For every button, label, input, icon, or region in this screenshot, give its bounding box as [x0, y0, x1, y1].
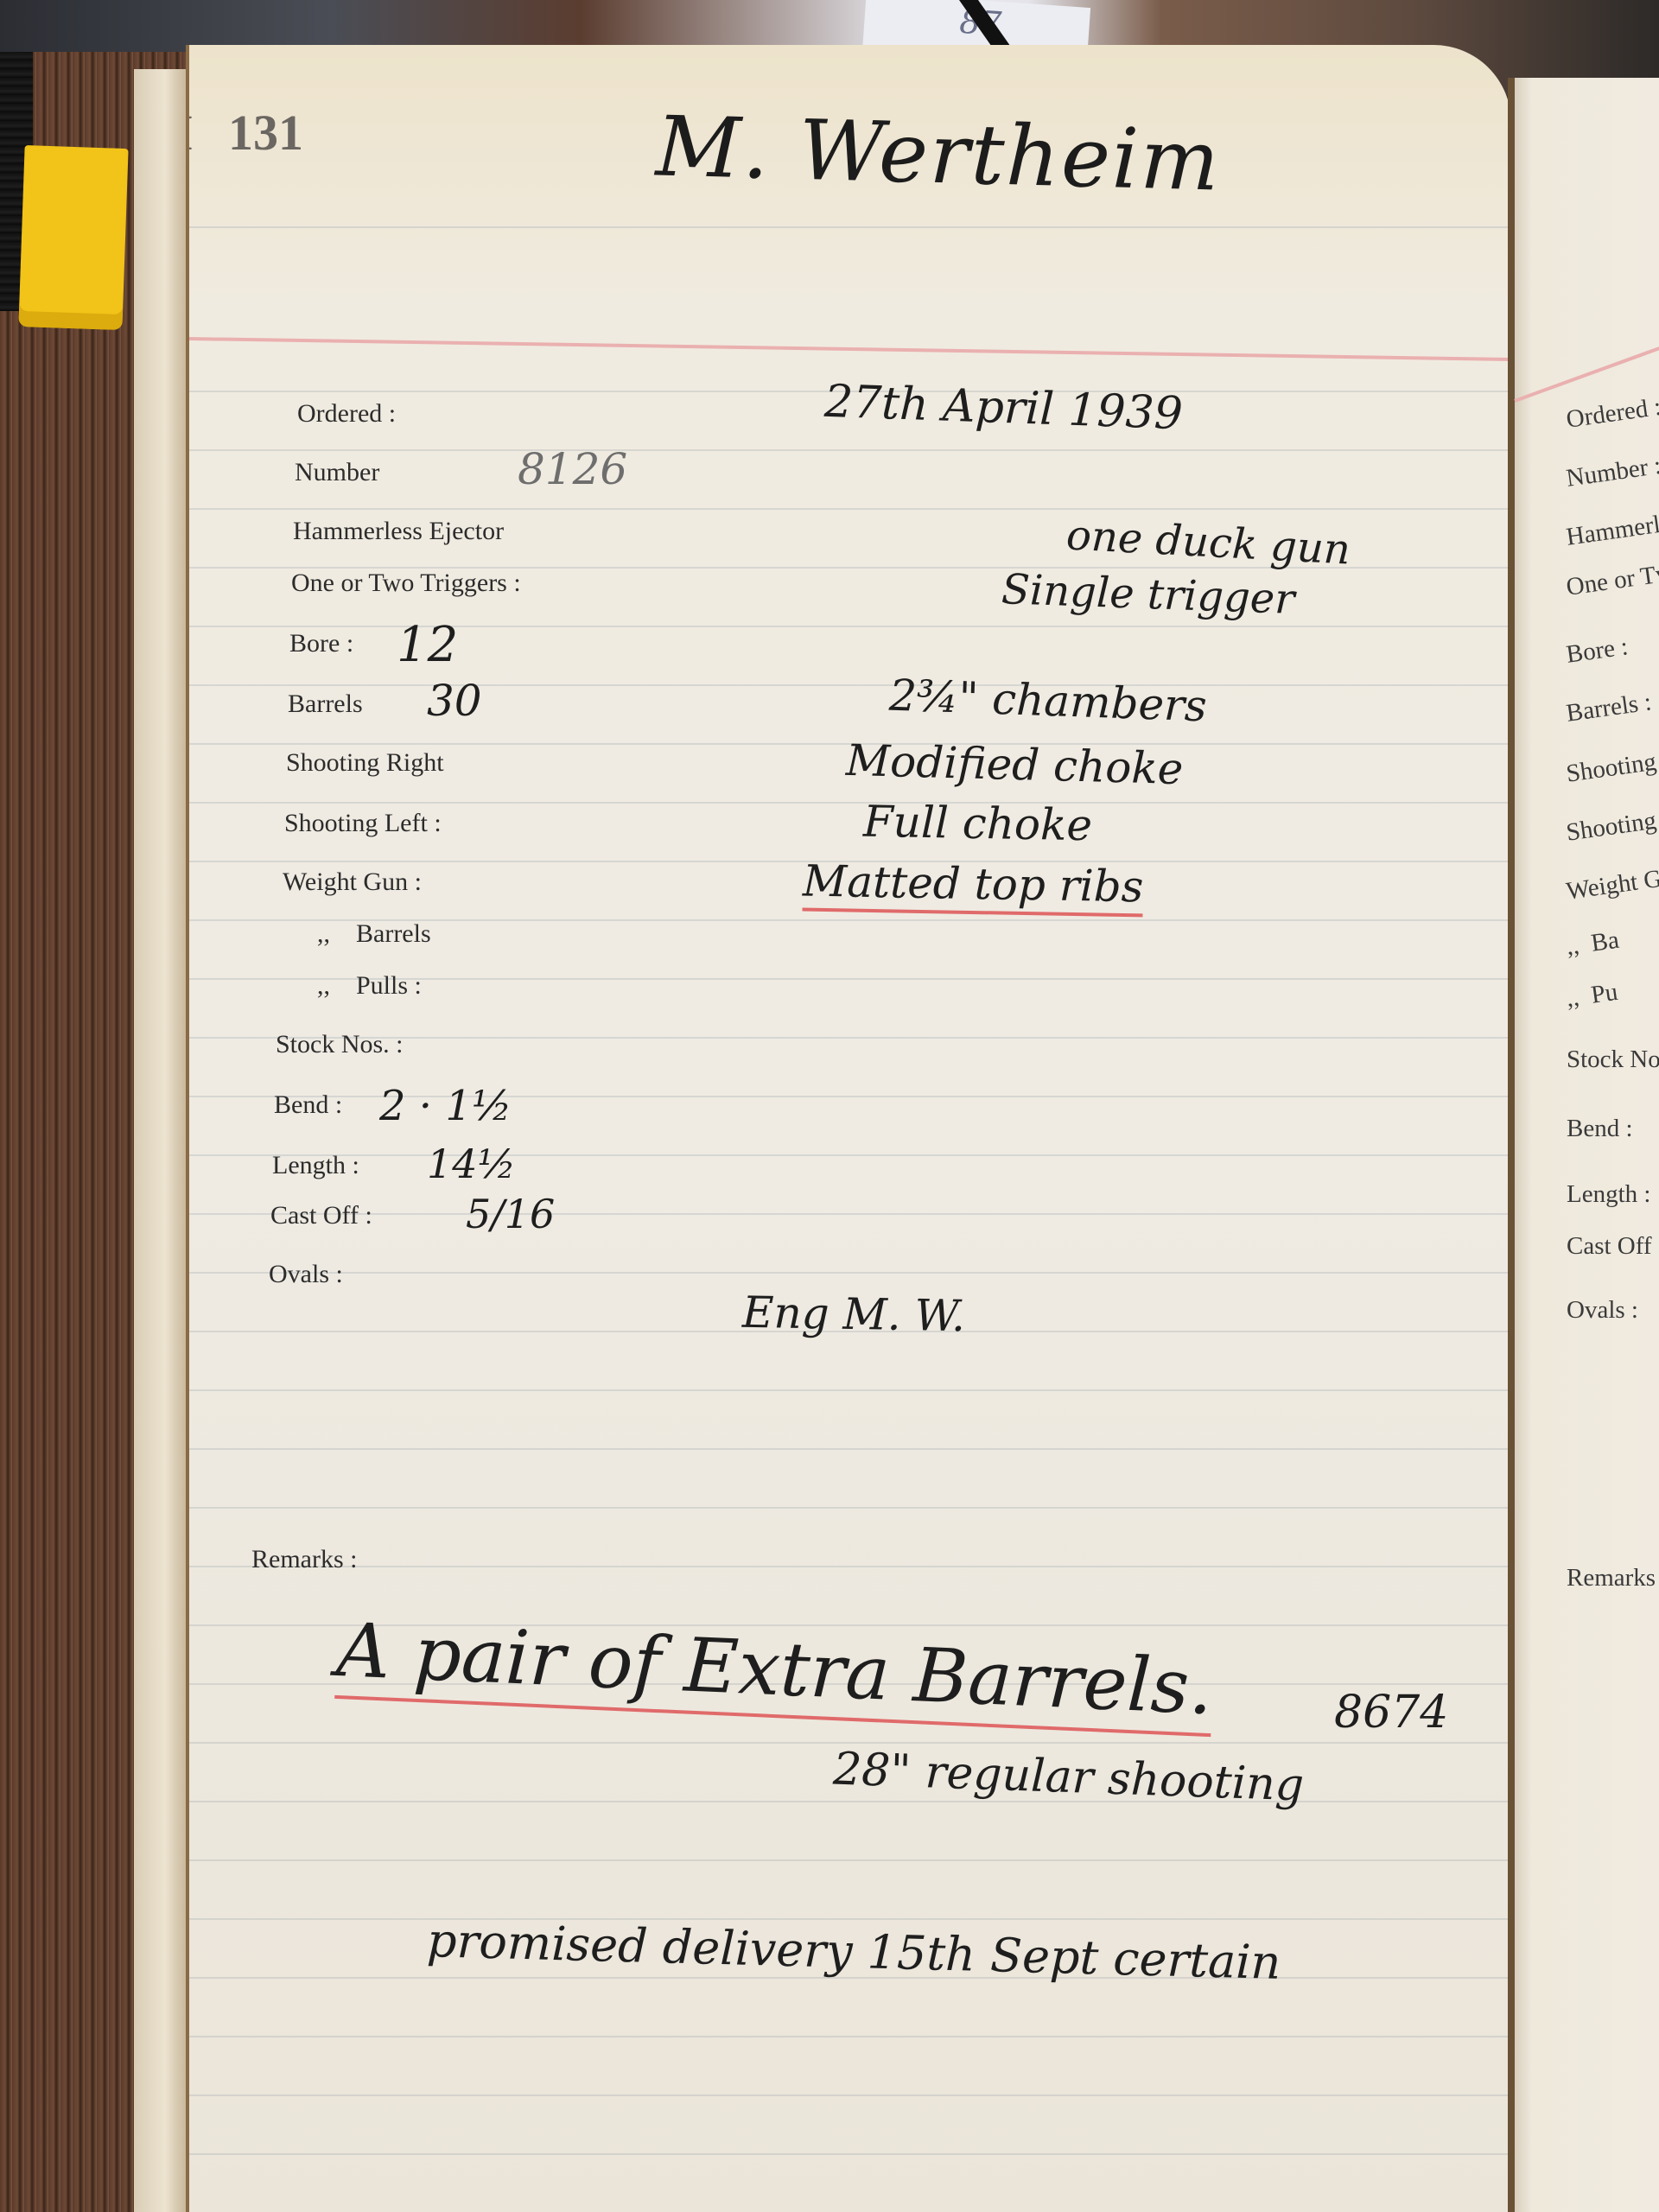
customer-name: M. Wertheim — [655, 98, 1223, 209]
value-number: 8126 — [518, 444, 627, 494]
value-cast-off: 5/16 — [466, 1191, 555, 1237]
label-cast-off: Cast Off : — [270, 1201, 372, 1230]
label-barrels: Barrels — [288, 690, 363, 719]
next-label: ,, Pu — [1565, 978, 1620, 1014]
remarks-barrel-number: 8674 — [1334, 1687, 1448, 1738]
label-weight-gun: Weight Gun : — [283, 868, 422, 897]
note-duck-gun: one duck gun — [1065, 511, 1351, 574]
next-label: Bend : — [1567, 1115, 1633, 1143]
note-chambers: 2¾" chambers — [888, 671, 1208, 732]
next-label: Barrels : — [1565, 688, 1654, 728]
next-label: ,, Ba — [1565, 926, 1621, 962]
next-label: Shooting — [1565, 807, 1658, 848]
yellow-bookmark-tab[interactable] — [18, 145, 128, 330]
note-left-choke: Full choke — [863, 797, 1093, 851]
label-length: Length : — [272, 1151, 359, 1180]
next-label: Ordered : — [1565, 393, 1659, 435]
next-label: Length : — [1567, 1180, 1650, 1209]
label-bend: Bend : — [274, 1090, 342, 1120]
label-shooting-left: Shooting Left : — [284, 809, 442, 838]
adjacent-page: Ordered : Number : Hammerle One or Tv Bo… — [1508, 78, 1659, 2212]
value-bore: 12 — [397, 617, 458, 673]
label-weight-barrels: ,, Barrels — [317, 919, 431, 949]
next-label: Weight G — [1565, 865, 1659, 906]
value-ordered-date: 27th April 1939 — [823, 376, 1184, 440]
next-label: Cast Off : — [1567, 1232, 1659, 1261]
label-shooting-right: Shooting Right — [286, 748, 444, 778]
ledger-page: I 131 M. Wertheim Ordered : Number Hamme… — [186, 45, 1511, 2212]
engraving-note: Eng M. W. — [742, 1287, 966, 1341]
label-ovals: Ovals : — [269, 1260, 343, 1289]
page-number: 131 — [228, 104, 303, 162]
value-length: 14½ — [427, 1141, 516, 1187]
note-right-choke: Modified choke — [845, 735, 1184, 794]
next-label: Number : — [1565, 452, 1659, 493]
label-hammerless-ejector: Hammerless Ejector — [293, 517, 504, 546]
label-bore: Bore : — [289, 629, 353, 658]
header-red-rule — [189, 337, 1511, 361]
label-number: Number — [295, 458, 379, 487]
value-barrels: 30 — [427, 676, 482, 726]
label-stock-nos: Stock Nos. : — [276, 1030, 404, 1059]
next-label: Stock Nos — [1567, 1046, 1659, 1074]
next-label: Hammerle — [1565, 509, 1659, 552]
next-label: Shooting — [1565, 748, 1658, 789]
note-matted-rib: Matted top ribs — [802, 856, 1143, 918]
remarks-extra-barrels: A pair of Extra Barrels. — [334, 1607, 1214, 1737]
note-single-trigger: Single trigger — [1001, 565, 1295, 624]
next-label: One or Tv — [1565, 560, 1659, 602]
label-triggers: One or Two Triggers : — [291, 569, 521, 598]
value-bend: 2 · 1½ — [379, 1082, 512, 1130]
label-ordered: Ordered : — [297, 399, 396, 429]
page-prefix: I — [186, 104, 194, 162]
next-label: Ovals : — [1567, 1296, 1638, 1325]
label-weight-pulls: ,, Pulls : — [317, 971, 422, 1001]
next-label: Remarks — [1567, 1564, 1656, 1592]
label-remarks: Remarks : — [251, 1545, 357, 1574]
next-label: Bore : — [1565, 632, 1630, 670]
previous-page-edge — [134, 69, 188, 2212]
